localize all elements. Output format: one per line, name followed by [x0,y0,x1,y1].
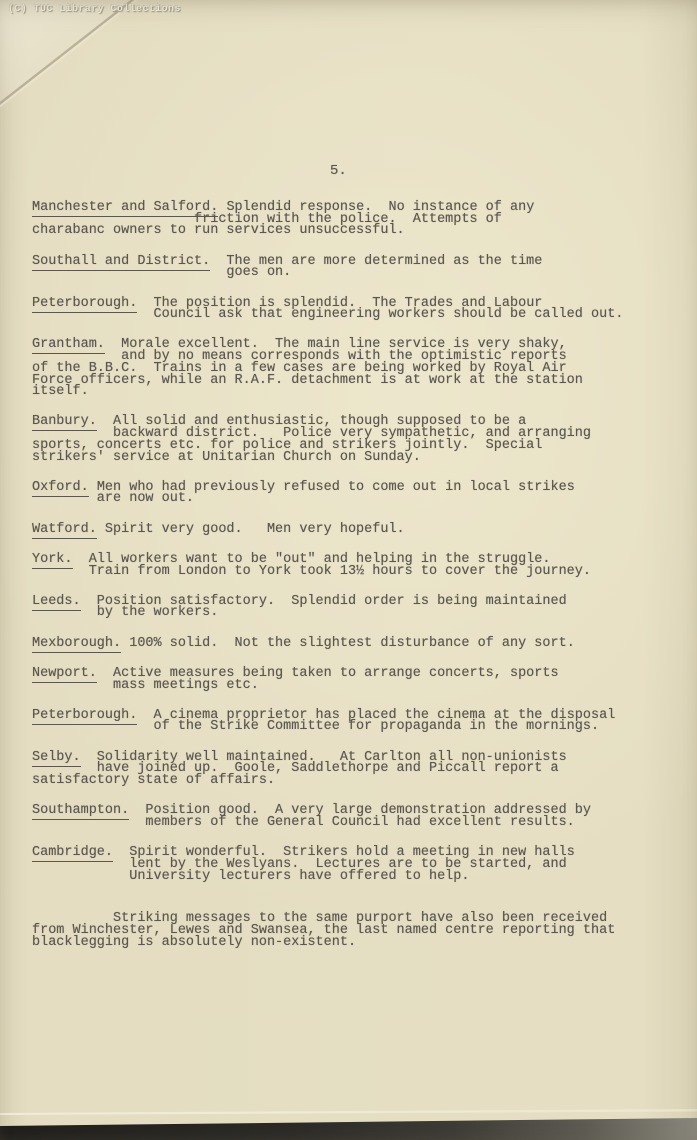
report-entry: Selby. Solidarity well maintained. At Ca… [32,752,672,787]
entry-line: satisfactory state of affairs. [32,775,672,787]
scanner-background [0,1114,697,1140]
entry-line: mass meetings etc. [32,680,672,692]
fold-crease-line [0,0,170,130]
report-entry: Leeds. Position satisfactory. Splendid o… [32,596,672,619]
paper-bottom-edge [0,1109,697,1115]
report-entry: Mexborough. 100% solid. Not the slightes… [32,638,672,650]
entry-line: University lecturers have offered to hel… [32,871,672,883]
library-watermark: (C) TUC Library Collections [8,4,181,15]
entry-line: of the Strike Committee for propaganda i… [32,721,672,733]
entry-line: strikers' service at Unitarian Church on… [32,452,672,464]
entry-line: Train from London to York took 13½ hours… [32,566,672,578]
report-entry: Grantham. Morale excellent. The main lin… [32,339,672,398]
place-heading: Watford. [32,522,97,539]
entry-first-line: Mexborough. 100% solid. Not the slightes… [32,638,672,650]
report-entry: York. All workers want to be "out" and h… [32,554,672,577]
entry-line: by the workers. [32,607,672,619]
entry-line: are now out. [32,493,672,505]
report-entry: Oxford. Men who had previously refused t… [32,482,672,505]
entry-line: goes on. [32,267,672,279]
report-entry: Banbury. All solid and enthusiastic, tho… [32,416,672,463]
entry-first-line: Watford. Spirit very good. Men very hope… [32,524,672,536]
report-entry: Watford. Spirit very good. Men very hope… [32,524,672,536]
entry-line: Council ask that engineering workers sho… [32,309,672,321]
report-entry: Peterborough. The position is splendid. … [32,298,672,321]
entry-line: Force officers, while an R.A.F. detachme… [32,375,672,387]
closing-paragraph: Striking messages to the same purport ha… [32,913,672,948]
scanned-document-page: (C) TUC Library Collections 5. Mancheste… [0,0,697,1140]
entry-text: Spirit very good. Men very hopeful. [97,522,405,537]
entry-line: itself. [32,386,672,398]
entry-line: charabanc owners to run services unsucce… [32,225,672,237]
page-number: 5. [330,163,347,179]
closing-line: blacklegging is absolutely non-existent. [32,937,672,949]
report-entry: Southall and District. The men are more … [32,256,672,279]
entry-line: members of the General Council had excel… [32,817,672,829]
place-heading: Mexborough. [32,636,121,653]
report-entry: Newport. Active measures being taken to … [32,668,672,691]
report-entry: Peterborough. A cinema proprietor has pl… [32,710,672,733]
entries: Manchester and Salford. Splendid respons… [32,202,672,967]
fold-corner-shading [0,0,150,120]
report-entry: Manchester and Salford. Splendid respons… [32,202,672,237]
entry-text: 100% solid. Not the slightest disturbanc… [121,636,575,651]
report-entry: Southampton. Position good. A very large… [32,805,672,828]
report-entry: Cambridge. Spirit wonderful. Strikers ho… [32,847,672,882]
